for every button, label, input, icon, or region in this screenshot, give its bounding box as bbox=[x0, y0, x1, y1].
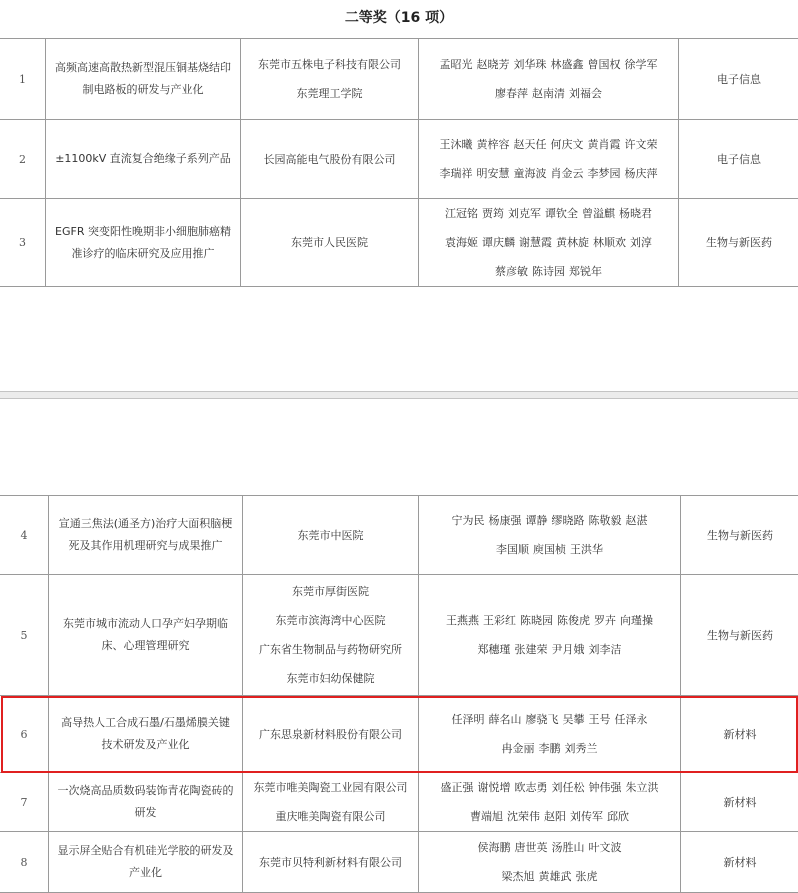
project-name: 一次烧高品质数码装饰青花陶瓷砖的研发 bbox=[49, 773, 243, 832]
project-name: 宣通三焦法(通圣方)治疗大面积脑梗死及其作用机理研究与成果推广 bbox=[49, 496, 243, 575]
contributor-line: 江冠铭贾筠刘克军谭钦全曾溢麒杨晓君 bbox=[423, 199, 674, 228]
organization: 东莞市人民医院 bbox=[247, 228, 412, 257]
contributor-name: 林顺欢 bbox=[593, 236, 626, 249]
section-title: 二等奖（16 项） bbox=[0, 0, 798, 38]
contributor-line: 孟昭光赵晓芳刘华珠林盛鑫曾国权徐学军 bbox=[423, 50, 674, 79]
organization: 广东省生物制品与药物研究所 bbox=[249, 635, 412, 664]
contributor-name: 黄梓容 bbox=[477, 138, 510, 151]
organization: 东莞市厚街医院 bbox=[249, 577, 412, 606]
contributor-name: 郑穗瑾 bbox=[478, 643, 511, 656]
contributor-name: 张虎 bbox=[576, 870, 598, 883]
contributor-name: 侯海鹏 bbox=[478, 841, 511, 854]
organization: 东莞市滨海湾中心医院 bbox=[249, 606, 412, 635]
contributor-line: 廖春萍赵南清刘福会 bbox=[423, 79, 674, 108]
project-name: 东莞市城市流动人口孕产妇孕期临床、心理管理研究 bbox=[49, 575, 243, 696]
organizations: 广东思泉新材料股份有限公司 bbox=[243, 696, 419, 773]
contributor-name: 李梦园 bbox=[588, 167, 621, 180]
contributor-name: 尹月娥 bbox=[552, 643, 585, 656]
contributor-line: 冉金丽李鹏刘秀兰 bbox=[423, 734, 676, 763]
contributor-name: 赵天任 bbox=[514, 138, 547, 151]
contributor-name: 黄肖霞 bbox=[588, 138, 621, 151]
contributor-name: 李鹏 bbox=[539, 742, 561, 755]
contributor-name: 黄林旋 bbox=[556, 236, 589, 249]
contributor-name: 廖骁飞 bbox=[526, 713, 559, 726]
contributor-name: 宁为民 bbox=[452, 514, 485, 527]
contributor-name: 林盛鑫 bbox=[551, 58, 584, 71]
contributor-name: 沈荣伟 bbox=[507, 810, 540, 823]
contributor-line: 曹端旭沈荣伟赵阳刘传军邱欣 bbox=[423, 802, 676, 831]
contributor-name: 刘福会 bbox=[569, 87, 602, 100]
contributor-name: 肖金云 bbox=[551, 167, 584, 180]
organization: 东莞市五株电子科技有限公司 bbox=[247, 50, 412, 79]
contributor-name: 曾国权 bbox=[588, 58, 621, 71]
row-number: 1 bbox=[0, 39, 46, 120]
contributor-name: 黄雄武 bbox=[539, 870, 572, 883]
technical-field: 新材料 bbox=[681, 696, 798, 773]
contributors: 孟昭光赵晓芳刘华珠林盛鑫曾国权徐学军廖春萍赵南清刘福会 bbox=[419, 39, 679, 120]
row-number: 5 bbox=[0, 575, 49, 696]
contributor-name: 刘克军 bbox=[508, 207, 541, 220]
contributor-line: 郑穗瑾张建荣尹月娥刘李洁 bbox=[423, 635, 676, 664]
contributor-name: 李瑞祥 bbox=[440, 167, 473, 180]
contributor-line: 袁海姬谭庆麟谢慧霞黄林旋林顺欢刘淳 bbox=[423, 228, 674, 257]
contributor-name: 曾溢麒 bbox=[582, 207, 615, 220]
contributor-line: 李瑞祥明安慧童海波肖金云李梦园杨庆萍 bbox=[423, 159, 674, 188]
contributor-name: 陈诗园 bbox=[532, 265, 565, 278]
project-name: 高导热人工合成石墨/石墨烯膜关键技术研发及产业化 bbox=[49, 696, 243, 773]
contributor-name: 徐学军 bbox=[625, 58, 658, 71]
contributor-name: 蔡彦敏 bbox=[495, 265, 528, 278]
contributors: 王燕燕王彩红陈晓园陈俊虎罗卉向瑾操郑穗瑾张建荣尹月娥刘李洁 bbox=[419, 575, 681, 696]
contributor-name: 汤胜山 bbox=[552, 841, 585, 854]
contributor-name: 李国顺 bbox=[496, 543, 529, 556]
contributor-name: 刘传军 bbox=[570, 810, 603, 823]
organizations: 东莞市贝特利新材料有限公司 bbox=[243, 832, 419, 893]
organization: 东莞市唯美陶瓷工业园有限公司 bbox=[249, 773, 412, 802]
organizations: 长园高能电气股份有限公司 bbox=[241, 120, 419, 199]
contributor-name: 王洪华 bbox=[570, 543, 603, 556]
contributor-name: 任泽明 bbox=[452, 713, 485, 726]
contributor-name: 孟昭光 bbox=[440, 58, 473, 71]
contributor-name: 陈俊虎 bbox=[557, 614, 590, 627]
contributor-name: 王燕燕 bbox=[446, 614, 479, 627]
technical-field: 电子信息 bbox=[679, 120, 798, 199]
contributor-name: 何庆文 bbox=[551, 138, 584, 151]
organizations: 东莞市厚街医院东莞市滨海湾中心医院广东省生物制品与药物研究所东莞市妇幼保健院 bbox=[243, 575, 419, 696]
organizations: 东莞市唯美陶瓷工业园有限公司重庆唯美陶瓷有限公司 bbox=[243, 773, 419, 832]
contributors: 江冠铭贾筠刘克军谭钦全曾溢麒杨晓君袁海姬谭庆麟谢慧霞黄林旋林顺欢刘淳蔡彦敏陈诗园… bbox=[419, 199, 679, 287]
contributor-name: 张建荣 bbox=[515, 643, 548, 656]
contributor-name: 杨庆萍 bbox=[625, 167, 658, 180]
table-row: 7一次烧高品质数码装饰青花陶瓷砖的研发东莞市唯美陶瓷工业园有限公司重庆唯美陶瓷有… bbox=[0, 773, 798, 832]
contributor-name: 赵晓芳 bbox=[477, 58, 510, 71]
project-name: ±1100kV 直流复合绝缘子系列产品 bbox=[46, 120, 241, 199]
contributor-name: 吴攀 bbox=[563, 713, 585, 726]
table-row: 8显示屏全贴合有机硅光学胶的研发及产业化东莞市贝特利新材料有限公司侯海鹏唐世英汤… bbox=[0, 832, 798, 893]
contributor-name: 贾筠 bbox=[482, 207, 504, 220]
contributor-name: 陈敬毅 bbox=[589, 514, 622, 527]
contributors: 任泽明薛名山廖骁飞吴攀王号任泽永冉金丽李鹏刘秀兰 bbox=[419, 696, 681, 773]
contributor-line: 王燕燕王彩红陈晓园陈俊虎罗卉向瑾操 bbox=[423, 606, 676, 635]
contributor-name: 刘淳 bbox=[630, 236, 652, 249]
technical-field: 电子信息 bbox=[679, 39, 798, 120]
organizations: 东莞市中医院 bbox=[243, 496, 419, 575]
page-break-divider bbox=[0, 391, 798, 399]
row-number: 2 bbox=[0, 120, 46, 199]
contributor-name: 刘任松 bbox=[552, 781, 585, 794]
project-name: 显示屏全贴合有机硅光学胶的研发及产业化 bbox=[49, 832, 243, 893]
contributor-name: 冉金丽 bbox=[502, 742, 535, 755]
row-number: 6 bbox=[0, 696, 49, 773]
contributors: 宁为民杨康强谭静缪晓路陈敬毅赵湛李国顺庾国桢王洪华 bbox=[419, 496, 681, 575]
contributors: 王沐曦黄梓容赵天任何庆文黄肖霞许文荣李瑞祥明安慧童海波肖金云李梦园杨庆萍 bbox=[419, 120, 679, 199]
contributor-name: 明安慧 bbox=[477, 167, 510, 180]
contributor-line: 李国顺庾国桢王洪华 bbox=[423, 535, 676, 564]
table-row: 3EGFR 突变阳性晚期非小细胞肺癌精准诊疗的临床研究及应用推广东莞市人民医院江… bbox=[0, 199, 798, 287]
contributor-name: 谭钦全 bbox=[545, 207, 578, 220]
contributor-name: 谭静 bbox=[526, 514, 548, 527]
contributor-line: 侯海鹏唐世英汤胜山叶文波 bbox=[423, 833, 676, 862]
contributor-line: 蔡彦敏陈诗园郑锐年 bbox=[423, 257, 674, 286]
contributor-name: 郑锐年 bbox=[569, 265, 602, 278]
row-number: 8 bbox=[0, 832, 49, 893]
contributor-name: 朱立洪 bbox=[626, 781, 659, 794]
contributor-name: 王沐曦 bbox=[440, 138, 473, 151]
contributor-name: 庾国桢 bbox=[533, 543, 566, 556]
contributor-line: 盛正强谢悦增欧志勇刘任松钟伟强朱立洪 bbox=[423, 773, 676, 802]
contributor-line: 任泽明薛名山廖骁飞吴攀王号任泽永 bbox=[423, 705, 676, 734]
contributor-name: 梁杰旭 bbox=[502, 870, 535, 883]
row-number: 3 bbox=[0, 199, 46, 287]
contributor-name: 赵阳 bbox=[544, 810, 566, 823]
contributor-name: 欧志勇 bbox=[515, 781, 548, 794]
organization: 长园高能电气股份有限公司 bbox=[247, 145, 412, 174]
row-number: 4 bbox=[0, 496, 49, 575]
organization: 重庆唯美陶瓷有限公司 bbox=[249, 802, 412, 831]
organization: 东莞市中医院 bbox=[249, 521, 412, 550]
contributor-line: 梁杰旭黄雄武张虎 bbox=[423, 862, 676, 891]
contributor-name: 罗卉 bbox=[594, 614, 616, 627]
contributor-name: 许文荣 bbox=[625, 138, 658, 151]
contributor-name: 刘李洁 bbox=[589, 643, 622, 656]
contributor-line: 宁为民杨康强谭静缪晓路陈敬毅赵湛 bbox=[423, 506, 676, 535]
project-name: EGFR 突变阳性晚期非小细胞肺癌精准诊疗的临床研究及应用推广 bbox=[46, 199, 241, 287]
contributor-name: 赵南清 bbox=[532, 87, 565, 100]
project-name: 高频高速高散热新型混压铜基烧结印制电路板的研发与产业化 bbox=[46, 39, 241, 120]
contributor-name: 向瑾操 bbox=[620, 614, 653, 627]
organization: 广东思泉新材料股份有限公司 bbox=[249, 720, 412, 749]
award-table-page-1: 1高频高速高散热新型混压铜基烧结印制电路板的研发与产业化东莞市五株电子科技有限公… bbox=[0, 38, 798, 287]
contributor-name: 曹端旭 bbox=[470, 810, 503, 823]
contributor-name: 杨康强 bbox=[489, 514, 522, 527]
contributor-name: 谭庆麟 bbox=[482, 236, 515, 249]
row-number: 7 bbox=[0, 773, 49, 832]
technical-field: 新材料 bbox=[681, 773, 798, 832]
award-table-page-2: 4宣通三焦法(通圣方)治疗大面积脑梗死及其作用机理研究与成果推广东莞市中医院宁为… bbox=[0, 495, 798, 893]
contributor-name: 薛名山 bbox=[489, 713, 522, 726]
contributor-name: 刘秀兰 bbox=[565, 742, 598, 755]
contributor-name: 陈晓园 bbox=[520, 614, 553, 627]
technical-field: 生物与新医药 bbox=[679, 199, 798, 287]
contributor-name: 刘华珠 bbox=[514, 58, 547, 71]
organizations: 东莞市人民医院 bbox=[241, 199, 419, 287]
contributor-name: 缪晓路 bbox=[552, 514, 585, 527]
contributor-name: 谢慧霞 bbox=[519, 236, 552, 249]
contributor-name: 赵湛 bbox=[626, 514, 648, 527]
table-row: 1高频高速高散热新型混压铜基烧结印制电路板的研发与产业化东莞市五株电子科技有限公… bbox=[0, 39, 798, 120]
technical-field: 新材料 bbox=[681, 832, 798, 893]
organization: 东莞市妇幼保健院 bbox=[249, 664, 412, 693]
contributor-name: 童海波 bbox=[514, 167, 547, 180]
contributor-name: 钟伟强 bbox=[589, 781, 622, 794]
contributor-name: 王号 bbox=[589, 713, 611, 726]
contributor-name: 王彩红 bbox=[483, 614, 516, 627]
contributors: 侯海鹏唐世英汤胜山叶文波梁杰旭黄雄武张虎 bbox=[419, 832, 681, 893]
contributors: 盛正强谢悦增欧志勇刘任松钟伟强朱立洪曹端旭沈荣伟赵阳刘传军邱欣 bbox=[419, 773, 681, 832]
contributor-name: 江冠铭 bbox=[445, 207, 478, 220]
table-row: 5东莞市城市流动人口孕产妇孕期临床、心理管理研究东莞市厚街医院东莞市滨海湾中心医… bbox=[0, 575, 798, 696]
contributor-name: 盛正强 bbox=[441, 781, 474, 794]
technical-field: 生物与新医药 bbox=[681, 496, 798, 575]
organization: 东莞市贝特利新材料有限公司 bbox=[249, 848, 412, 877]
contributor-line: 王沐曦黄梓容赵天任何庆文黄肖霞许文荣 bbox=[423, 130, 674, 159]
contributor-name: 廖春萍 bbox=[495, 87, 528, 100]
contributor-name: 任泽永 bbox=[615, 713, 648, 726]
contributor-name: 谢悦增 bbox=[478, 781, 511, 794]
organization: 东莞理工学院 bbox=[247, 79, 412, 108]
contributor-name: 叶文波 bbox=[589, 841, 622, 854]
table-row: 6高导热人工合成石墨/石墨烯膜关键技术研发及产业化广东思泉新材料股份有限公司任泽… bbox=[0, 696, 798, 773]
table-row: 4宣通三焦法(通圣方)治疗大面积脑梗死及其作用机理研究与成果推广东莞市中医院宁为… bbox=[0, 496, 798, 575]
table-row: 2±1100kV 直流复合绝缘子系列产品长园高能电气股份有限公司王沐曦黄梓容赵天… bbox=[0, 120, 798, 199]
contributor-name: 邱欣 bbox=[607, 810, 629, 823]
organizations: 东莞市五株电子科技有限公司东莞理工学院 bbox=[241, 39, 419, 120]
contributor-name: 袁海姬 bbox=[445, 236, 478, 249]
technical-field: 生物与新医药 bbox=[681, 575, 798, 696]
contributor-name: 唐世英 bbox=[515, 841, 548, 854]
contributor-name: 杨晓君 bbox=[619, 207, 652, 220]
